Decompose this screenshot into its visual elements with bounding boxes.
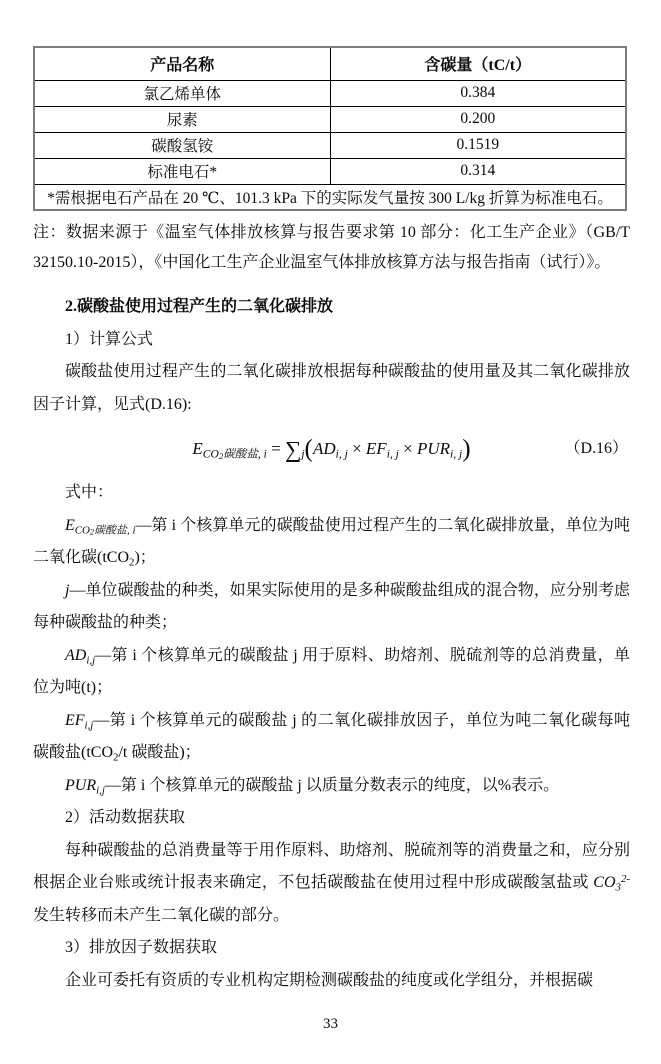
text-segment: —第 i 个核算单元的碳酸盐 j 用于原料、助熔剂、脱硫剂等的总消费量，单位为吨…	[33, 647, 630, 697]
product-name-cell: 碳酸氢铵	[34, 132, 330, 158]
text-segment: ∑	[285, 437, 301, 462]
carbon-value-cell: 0.1519	[330, 132, 626, 158]
text-segment: CO	[203, 448, 219, 461]
product-name-cell: 标准电石*	[34, 158, 330, 184]
text-segment: —第 i 个核算单元的碳酸盐 j 以质量分数表示的纯度，以%表示。	[105, 777, 559, 794]
paragraph-where: 式中：	[33, 477, 630, 510]
table-footnote-section: *需根据电石产品在 20 ℃、101.3 kPa 下的实际发气量按 300 L/…	[34, 184, 626, 210]
equation-d16: ECO2碳酸盐, i = ∑j(ADi, j × EFi, j × PURi, …	[33, 431, 630, 467]
text-segment: 1）计算公式	[65, 331, 153, 348]
text-segment: =	[267, 439, 285, 458]
content-blocks: 2.碳酸盐使用过程产生的二氧化碳排放1）计算公式碳酸盐使用过程产生的二氧化碳排放…	[33, 291, 630, 997]
text-segment: 碳酸盐,	[94, 524, 132, 536]
column-header-carbon-content: 含碳量（tC/t）	[330, 47, 626, 80]
definition-e: ECO2碳酸盐, i—第 i 个核算单元的碳酸盐使用过程产生的二氧化碳排放量，单…	[33, 510, 630, 575]
table-footnote: *需根据电石产品在 20 ℃、101.3 kPa 下的实际发气量按 300 L/…	[34, 184, 626, 210]
text-segment: AD	[313, 439, 336, 458]
table-header-row: 产品名称 含碳量（tC/t）	[34, 47, 626, 80]
text-segment: ×	[348, 439, 366, 458]
column-header-product-name: 产品名称	[34, 47, 330, 80]
document-page: 产品名称 含碳量（tC/t） 氯乙烯单体0.384尿素0.200碳酸氢铵0.15…	[0, 0, 661, 1064]
definition-pur: PURi,j—第 i 个核算单元的碳酸盐 j 以质量分数表示的纯度，以%表示。	[33, 770, 630, 803]
text-segment: i,j	[85, 719, 94, 731]
paragraph-emission-factor: 企业可委托有资质的专业机构定期检测碳酸盐的纯度或化学组分，并根据碳	[33, 965, 630, 998]
text-segment: i,j	[86, 654, 95, 666]
definition-ad: ADi,j—第 i 个核算单元的碳酸盐 j 用于原料、助熔剂、脱硫剂等的总消费量…	[33, 640, 630, 705]
text-segment: —单位碳酸盐的种类，如果实际使用的是多种碳酸盐组成的混合物，应分别考虑每种碳酸盐…	[33, 582, 630, 632]
text-segment: 碳酸盐,	[223, 448, 263, 461]
text-segment: (	[305, 436, 313, 463]
text-segment: /t 碳酸盐)；	[118, 744, 200, 761]
carbon-content-table: 产品名称 含碳量（tC/t） 氯乙烯单体0.384尿素0.200碳酸氢铵0.15…	[33, 46, 627, 211]
table-row: 碳酸氢铵0.1519	[34, 132, 626, 158]
source-note: 注：数据来源于《温室气体排放核算与报告要求第 10 部分：化工生产企业》（GB/…	[33, 218, 630, 278]
carbon-value-cell: 0.384	[330, 80, 626, 106]
text-segment: 2）活动数据获取	[65, 809, 185, 826]
list-item-3: 3）排放因子数据获取	[33, 932, 630, 965]
table-footnote-row: *需根据电石产品在 20 ℃、101.3 kPa 下的实际发气量按 300 L/…	[34, 184, 626, 210]
table-row: 标准电石*0.314	[34, 158, 626, 184]
text-segment: 2.碳酸盐使用过程产生的二氧化碳排放	[65, 298, 333, 315]
text-segment: EF	[366, 439, 387, 458]
text-segment: ×	[399, 439, 417, 458]
table-header: 产品名称 含碳量（tC/t）	[34, 47, 626, 80]
definition-ef: EFi,j—第 i 个核算单元的碳酸盐 j 的二氧化碳排放因子，单位为吨二氧化碳…	[33, 705, 630, 770]
product-name-cell: 尿素	[34, 106, 330, 132]
table-body: 氯乙烯单体0.384尿素0.200碳酸氢铵0.1519标准电石*0.314	[34, 80, 626, 184]
page-number: 33	[0, 1016, 661, 1033]
text-segment: 每种碳酸盐的总消费量等于用作原料、助熔剂、脱硫剂等的消费量之和，应分别根据企业台…	[33, 842, 630, 892]
text-segment: i, j	[387, 448, 399, 461]
text-segment: CO	[593, 874, 615, 891]
section-heading: 2.碳酸盐使用过程产生的二氧化碳排放	[33, 291, 630, 324]
text-segment: i, j	[450, 448, 462, 461]
text-segment: EF	[65, 712, 85, 729]
paragraph-activity-data: 每种碳酸盐的总消费量等于用作原料、助熔剂、脱硫剂等的消费量之和，应分别根据企业台…	[33, 835, 630, 933]
text-segment: 2-	[621, 873, 630, 885]
text-segment: PUR	[417, 439, 450, 458]
equation-number: （D.16）	[564, 431, 628, 467]
product-name-cell: 氯乙烯单体	[34, 80, 330, 106]
carbon-value-cell: 0.200	[330, 106, 626, 132]
definition-j: j—单位碳酸盐的种类，如果实际使用的是多种碳酸盐组成的混合物，应分别考虑每种碳酸…	[33, 575, 630, 640]
text-segment: 式中：	[65, 484, 113, 501]
table-row: 氯乙烯单体0.384	[34, 80, 626, 106]
carbon-value-cell: 0.314	[330, 158, 626, 184]
text-segment: E	[65, 517, 75, 534]
list-item-2: 2）活动数据获取	[33, 802, 630, 835]
text-segment: )	[462, 436, 470, 463]
text-segment: 企业可委托有资质的专业机构定期检测碳酸盐的纯度或化学组分，并根据碳	[65, 972, 593, 989]
text-segment: i, j	[336, 448, 348, 461]
text-segment: AD	[65, 647, 86, 664]
text-segment: CO	[75, 524, 90, 536]
paragraph-formula-intro: 碳酸盐使用过程产生的二氧化碳排放根据每种碳酸盐的使用量及其二氧化碳排放因子计算，…	[33, 356, 630, 421]
text-segment: 发生转移而未产生二氧化碳的部分。	[33, 907, 289, 924]
text-segment: E	[192, 439, 202, 458]
text-segment: PUR	[65, 777, 96, 794]
formula-expression: ECO2碳酸盐, i = ∑j(ADi, j × EFi, j × PURi, …	[192, 431, 470, 467]
table-row: 尿素0.200	[34, 106, 626, 132]
text-segment: )；	[134, 549, 155, 566]
text-segment: i,j	[96, 784, 105, 796]
text-segment: 3）排放因子数据获取	[65, 939, 217, 956]
list-item-1: 1）计算公式	[33, 324, 630, 357]
text-segment: 碳酸盐使用过程产生的二氧化碳排放根据每种碳酸盐的使用量及其二氧化碳排放因子计算，…	[33, 363, 630, 413]
